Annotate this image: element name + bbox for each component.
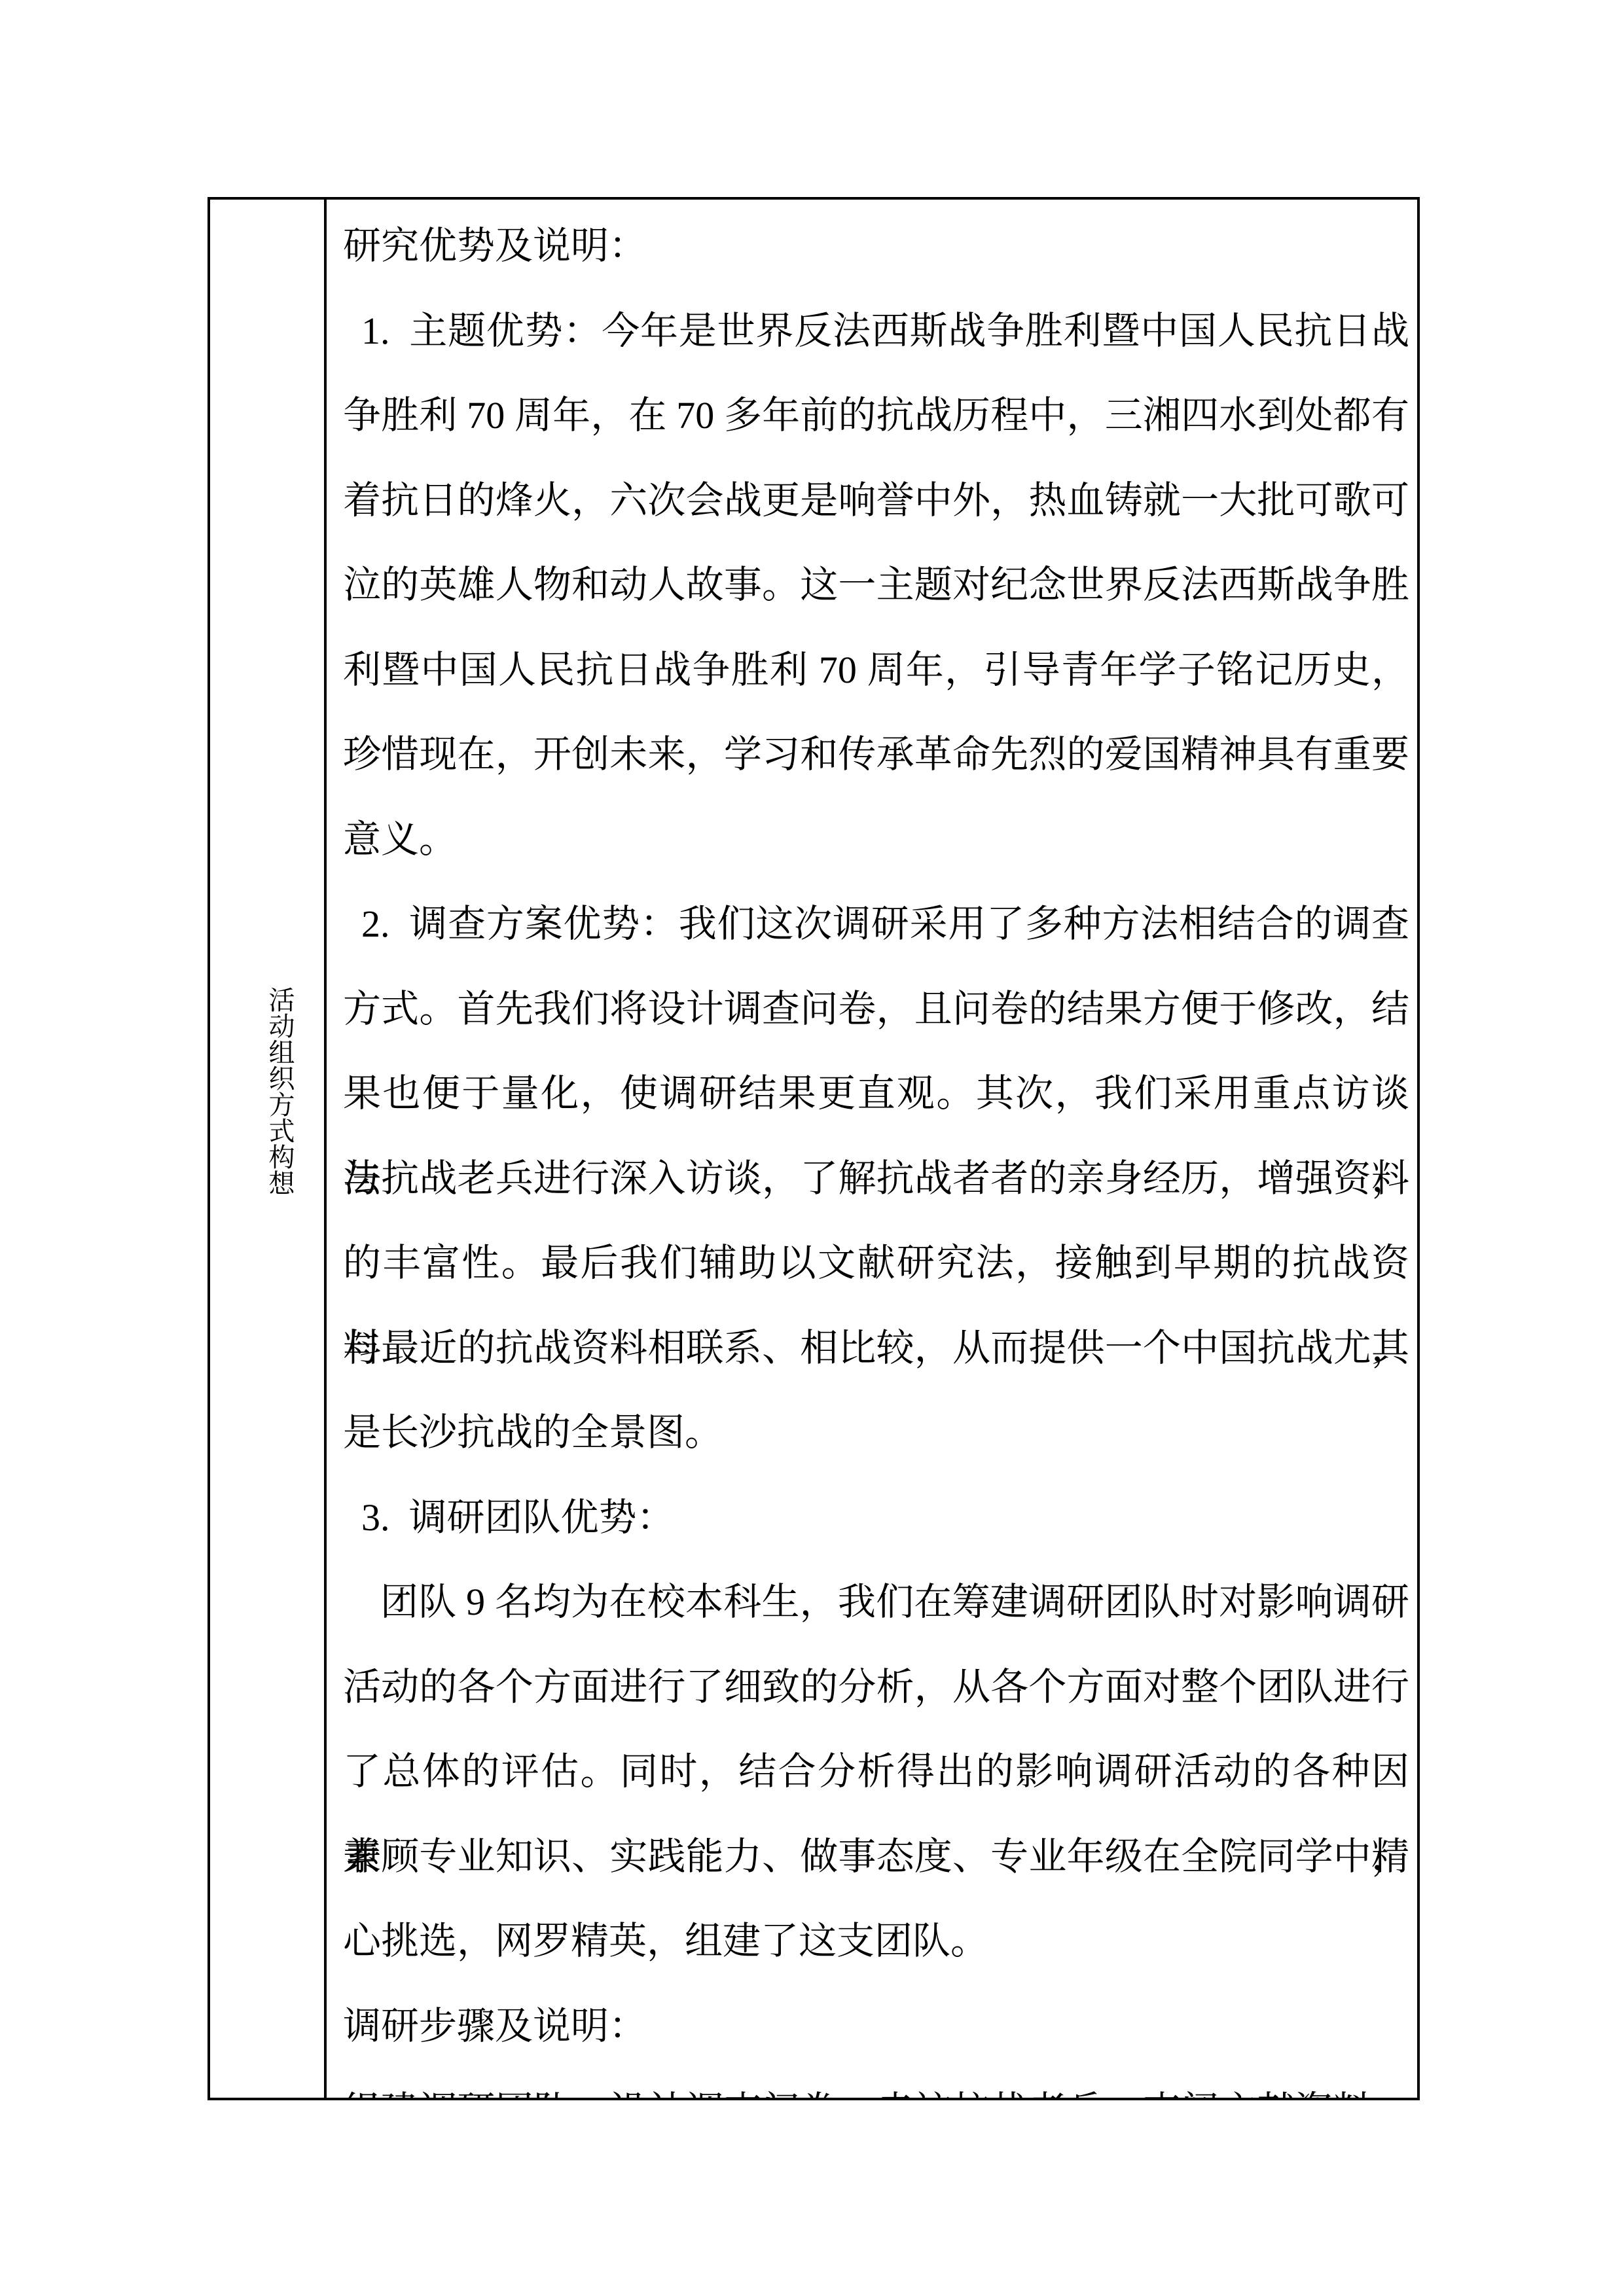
- text-line: 与最近的抗战资料相联系、相比较，从而提供一个中国抗战尤其: [343, 1306, 1409, 1391]
- text-line: 团队 9 名均为在校本科生，我们在筹建调研团队时对影响调研: [343, 1560, 1409, 1645]
- text-line: 调研步骤及说明：: [343, 1984, 1409, 2069]
- text-line: 着抗日的烽火，六次会战更是响誉中外，热血铸就一大批可歌可: [343, 458, 1409, 543]
- text-line: 争胜利 70 周年，在 70 多年前的抗战历程中，三湘四水到处都有: [343, 373, 1409, 458]
- content-cell: 研究优势及说明：1. 主题优势：今年是世界反法西斯战争胜利暨中国人民抗日战争胜利…: [327, 200, 1417, 2098]
- text-line: 是长沙抗战的全景图。: [343, 1390, 1409, 1475]
- text-line: 珍惜现在，开创未来，学习和传承革命先烈的爱国精神具有重要: [343, 712, 1409, 797]
- text-line: 心挑选，网罗精英，组建了这支团队。: [343, 1899, 1409, 1984]
- row-header-cell: 活动组织方式构想: [210, 200, 327, 2098]
- page: { "document": { "row_label": "活动组织方式构想",…: [0, 0, 1624, 2296]
- text-line: 兼顾专业知识、实践能力、做事态度、专业年级在全院同学中精: [343, 1814, 1409, 1899]
- text-line: 活动的各个方面进行了细致的分析，从各个方面对整个团队进行: [343, 1645, 1409, 1730]
- text-line: 与抗战老兵进行深入访谈，了解抗战者者的亲身经历，增强资料: [343, 1136, 1409, 1221]
- text-line: 了总体的评估。同时，结合分析得出的影响调研活动的各种因素，: [343, 1729, 1409, 1814]
- form-table: 活动组织方式构想 研究优势及说明：1. 主题优势：今年是世界反法西斯战争胜利暨中…: [208, 197, 1420, 2100]
- text-line: 2. 调查方案优势：我们这次调研采用了多种方法相结合的调查: [343, 882, 1409, 967]
- row-header-label: 活动组织方式构想: [266, 986, 293, 1196]
- text-line: 组建调研团队，设计调查问卷，走访抗战老兵，查阅文献资料，整: [343, 2068, 1409, 2098]
- text-line: 意义。: [343, 797, 1409, 882]
- text-line: 方式。首先我们将设计调查问卷，且问卷的结果方便于修改，结: [343, 967, 1409, 1052]
- text-line: 3. 调研团队优势：: [343, 1475, 1409, 1560]
- text-line: 利暨中国人民抗日战争胜利 70 周年，引导青年学子铭记历史，: [343, 628, 1409, 713]
- text-line: 泣的英雄人物和动人故事。这一主题对纪念世界反法西斯战争胜: [343, 543, 1409, 628]
- text-line: 1. 主题优势：今年是世界反法西斯战争胜利暨中国人民抗日战: [343, 289, 1409, 374]
- text-line: 果也便于量化，使调研结果更直观。其次，我们采用重点访谈法，: [343, 1051, 1409, 1136]
- text-line: 的丰富性。最后我们辅助以文献研究法，接触到早期的抗战资料，: [343, 1221, 1409, 1306]
- text-line: 研究优势及说明：: [343, 204, 1409, 289]
